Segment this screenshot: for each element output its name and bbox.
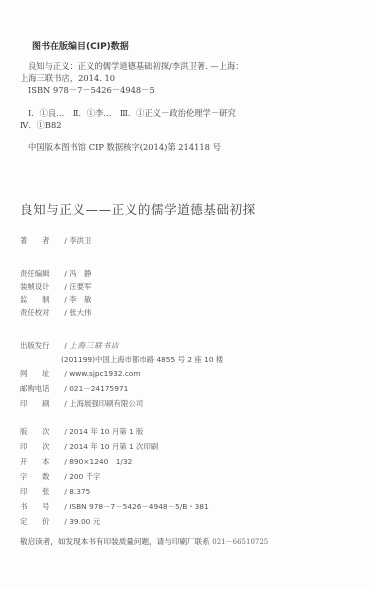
notice-text: 敬启读者，如发现本书有印装质量问题，请与印刷厂联系 xyxy=(20,537,210,546)
reader-notice: 敬启读者，如发现本书有印装质量问题，请与印刷厂联系 021－66510725 xyxy=(20,536,268,547)
staff-row: 责任校对 / 张大伟 xyxy=(20,307,91,318)
publisher-row: 出版发行 / 上海三联书店 xyxy=(20,340,120,351)
staff-row: 监 制 / 李 敏 xyxy=(20,294,91,305)
staff-row: 责任编辑 / 冯 静 xyxy=(20,268,91,279)
spec-value: ISBN 978－7－5426－4948－5/B・381 xyxy=(69,502,209,511)
author-value: 李洪卫 xyxy=(69,236,91,245)
staff-value: 汪要军 xyxy=(69,282,91,291)
spec-row: 字 数 / 200 千字 xyxy=(20,471,100,482)
publisher-value: 上海三联书店 xyxy=(69,341,119,350)
notice-phone: 021－66510725 xyxy=(212,538,268,546)
cip-isbn: ISBN 978－7－5426－4948－5 xyxy=(28,84,155,96)
publisher-label: 出版发行 xyxy=(20,340,62,351)
staff-label: 责任校对 xyxy=(20,307,62,318)
cip-record-number: 中国版本图书馆 CIP 数据核字(2014)第 214118 号 xyxy=(28,141,221,153)
author-label: 著 者 xyxy=(20,235,62,246)
book-title: 良知与正义——正义的儒学道德基础初探 xyxy=(20,200,256,218)
spec-row: 印 次 / 2014 年 10 月第 1 次印刷 xyxy=(20,441,158,452)
spec-label: 印 次 xyxy=(20,441,62,452)
staff-value: 张大伟 xyxy=(69,308,91,317)
spec-row: 书 号 / ISBN 978－7－5426－4948－5/B・381 xyxy=(20,501,209,512)
printer-value: 上海展强印刷有限公司 xyxy=(69,399,143,408)
contact-label: 邮购电话 xyxy=(20,383,62,394)
publisher-address: (201199)中国上海市都市路 4855 号 2 座 10 楼 xyxy=(61,354,223,365)
staff-value: 李 敏 xyxy=(69,295,91,304)
spec-row: 开 本 / 890×1240 1/32 xyxy=(20,456,132,467)
spec-value: 2014 年 10 月第 1 版 xyxy=(69,427,143,436)
staff-label: 装帧设计 xyxy=(20,281,62,292)
spec-value: 39.00 元 xyxy=(69,517,100,526)
spec-row: 版 次 / 2014 年 10 月第 1 版 xyxy=(20,426,143,437)
spec-label: 书 号 xyxy=(20,501,62,512)
spec-value: 200 千字 xyxy=(69,472,100,481)
staff-label: 责任编辑 xyxy=(20,268,62,279)
spec-value: 890×1240 1/32 xyxy=(69,457,132,466)
contact-label: 印 刷 xyxy=(20,398,62,409)
cip-classification-1: Ⅰ．①良… Ⅱ．①李… Ⅲ．①正义－政治伦理学－研究 xyxy=(28,107,236,119)
staff-value: 冯 静 xyxy=(69,269,91,278)
cip-line-1: 良知与正义：正义的儒学道德基础初探/李洪卫著. —上海： xyxy=(28,60,244,72)
spec-label: 版 次 xyxy=(20,426,62,437)
spec-row: 定 价 / 39.00 元 xyxy=(20,516,100,527)
contact-label: 网 址 xyxy=(20,368,62,379)
contact-row: 网 址 / www.sjpc1932.com xyxy=(20,368,141,379)
cip-line-2: 上海三联书店，2014. 10 xyxy=(20,72,115,84)
spec-label: 印 张 xyxy=(20,486,62,497)
staff-row: 装帧设计 / 汪要军 xyxy=(20,281,91,292)
spec-label: 字 数 xyxy=(20,471,62,482)
spec-row: 印 张 / 8.375 xyxy=(20,486,90,497)
cip-title: 图书在版编目(CIP)数据 xyxy=(32,39,129,52)
spec-label: 开 本 xyxy=(20,456,62,467)
author-row: 著 者 / 李洪卫 xyxy=(20,235,91,246)
spec-label: 定 价 xyxy=(20,516,62,527)
website-value: www.sjpc1932.com xyxy=(69,369,140,378)
contact-row: 邮购电话 / 021－24175971 xyxy=(20,383,128,394)
contact-row: 印 刷 / 上海展强印刷有限公司 xyxy=(20,398,143,409)
spec-value: 2014 年 10 月第 1 次印刷 xyxy=(69,442,158,451)
cip-classification-2: Ⅳ．①B82 xyxy=(20,119,62,131)
phone-value: 021－24175971 xyxy=(69,384,128,393)
staff-label: 监 制 xyxy=(20,294,62,305)
spec-value: 8.375 xyxy=(69,487,90,496)
